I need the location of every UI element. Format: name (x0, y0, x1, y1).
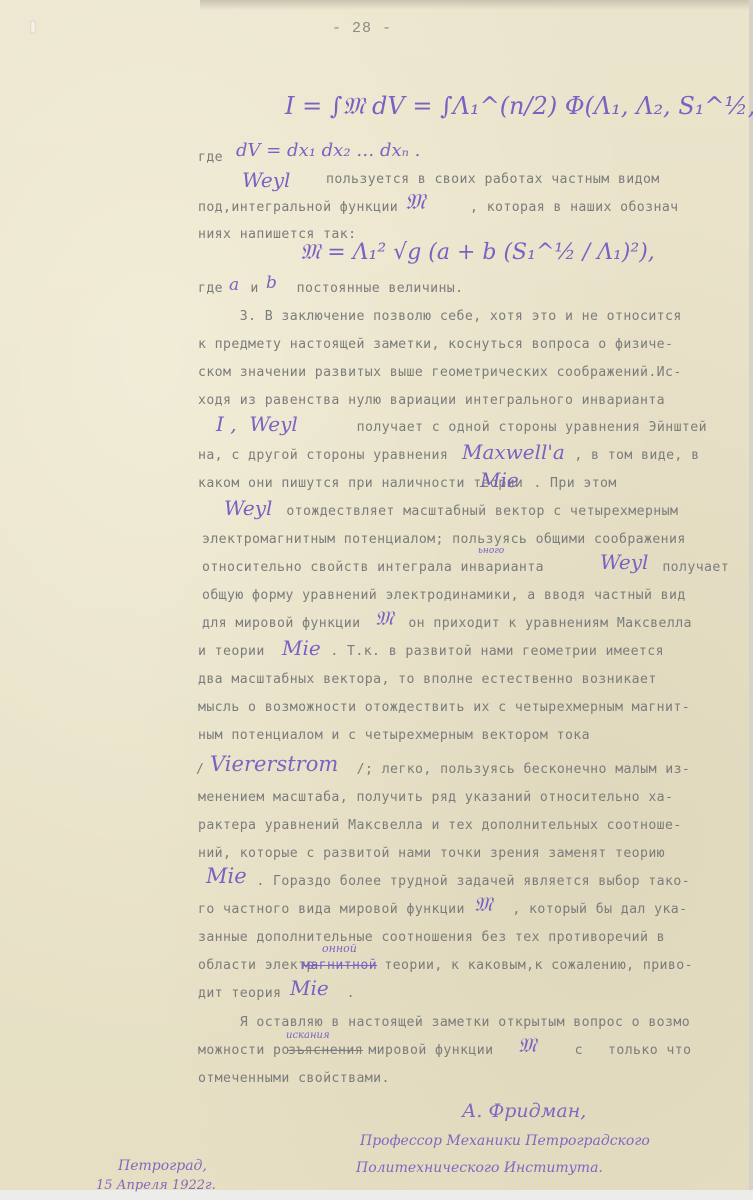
text-line: . При этом (525, 476, 617, 491)
text-line: го частного вида мировой функции (198, 902, 473, 917)
text-line: пользуется в своих работах частным видом (276, 172, 660, 187)
handwritten-i-weyl: I , Weyl (216, 412, 298, 436)
text-line: с только что (558, 1043, 691, 1058)
text-line: . Гораздо более трудной задачей является… (248, 874, 690, 889)
handwritten-weyl: Weyl (224, 496, 272, 520)
handwritten-insertion: ьного (478, 546, 504, 556)
signature-title-line-2: Политехнического Института. (356, 1160, 603, 1176)
text-line: ском значении развитых выше геометрическ… (198, 365, 682, 380)
handwritten-a: a (229, 275, 239, 295)
world-function-formula: 𝔐 = Λ₁² √g (a + b (S₁^½ / Λ₁)²), (300, 240, 655, 265)
dv-formula: dV = dx₁ dx₂ … dxₙ . (236, 140, 420, 161)
handwritten-b: b (266, 273, 277, 293)
text-line: он приходит к уравнениям Максвелла (400, 616, 692, 631)
text-line: на, с другой стороны уравнения (198, 448, 457, 463)
struck-text: зъяснения (288, 1043, 363, 1058)
text-line: и теории (198, 644, 281, 659)
page-edge (749, 0, 753, 1200)
text-line: . (330, 986, 355, 1001)
text-line: области электр (198, 958, 315, 973)
text-line: и (242, 281, 267, 296)
text-line: дит теория (198, 986, 290, 1001)
handwritten-mie: Mie (282, 636, 321, 660)
signature-place: Петроград, (118, 1158, 207, 1174)
text-line: , в том виде, в (566, 448, 699, 463)
handwritten-world-function-symbol: 𝔐 (474, 892, 492, 916)
handwritten-mie: Mie (206, 864, 247, 888)
text-line: . Т.к. в развитой нами геометрии имеется (322, 644, 664, 659)
text-line: Я оставляю в настоящей заметки открытым … (198, 1015, 690, 1030)
document-page: - 28 - I = ∫𝔐 dV = ∫Λ₁^(n/2) Φ(Λ₁, Λ₂, S… (0, 0, 753, 1200)
text-line: /; легко, пользуясь бесконечно малым из- (340, 762, 690, 777)
punch-hole (30, 20, 36, 34)
integral-formula: I = ∫𝔐 dV = ∫Λ₁^(n/2) Φ(Λ₁, Λ₂, S₁^½, S₂… (285, 92, 753, 120)
text-line: электромагнитным потенциалом; пользуясь … (202, 532, 686, 547)
text-line: 3. В заключение позволю себе, хотя это и… (198, 309, 682, 324)
handwritten-world-function-symbol: 𝔐 (405, 190, 425, 215)
signature-title-line-1: Профессор Механики Петроградского (360, 1133, 650, 1149)
dv-prefix: где (198, 150, 223, 165)
text-line: ным потенциалом и с четырехмерным вектор… (198, 728, 590, 743)
handwritten-world-function-symbol: 𝔐 (375, 606, 393, 630)
handwritten-mie: Mie (480, 468, 519, 492)
text-line: можности ро (198, 1043, 290, 1058)
text-line: где (198, 281, 231, 296)
text-line: , которая в наших обознач (445, 200, 679, 215)
text-line: мировой функции (360, 1043, 510, 1058)
handwritten-insertion: онной (322, 942, 357, 955)
text-line: отождествляет масштабный вектор с четыре… (278, 504, 678, 519)
text-line: к предмету настоящей заметки, коснуться … (198, 337, 673, 352)
handwritten-mie: Mie (290, 976, 329, 1000)
handwritten-maxwell: Maxwell'a (462, 440, 565, 464)
signature-name: А. Фридман, (462, 1100, 586, 1122)
text-line: ходя из равенства нулю вариации интеграл… (198, 393, 665, 408)
text-line: постоянные величины. (280, 281, 463, 296)
text-line: под,интегральной функции (198, 200, 407, 215)
text-line: занные дополнительные соотношения без те… (198, 930, 665, 945)
text-line: , который бы дал ука- (504, 902, 687, 917)
page-number: - 28 - (332, 20, 392, 37)
handwritten-weyl: Weyl (600, 550, 648, 574)
text-line: ний, которые с развитой нами точки зрени… (198, 846, 665, 861)
text-line: теории, к каковым,к сожалению, приво- (376, 958, 693, 973)
text-line: для мировой функции (202, 616, 369, 631)
handwritten-viererstrom: Viererstrom (210, 752, 338, 776)
handwritten-world-function-symbol: 𝔐 (518, 1033, 536, 1057)
text-line: рактера уравнений Максвелла и тех дополн… (198, 818, 682, 833)
text-line: общую форму уравнений электродинамики, а… (202, 588, 686, 603)
struck-text: магнитной (302, 958, 377, 973)
handwritten-insertion: искания (286, 1030, 330, 1041)
text-line: отмеченными свойствами. (198, 1071, 390, 1086)
text-line: мысль о возможности отождествить их с че… (198, 700, 690, 715)
text-line: менением масштаба, получить ряд указаний… (198, 790, 673, 805)
signature-date: 15 Апреля 1922г. (96, 1178, 216, 1193)
paper-fold-shadow (200, 0, 753, 10)
text-line: два масштабных вектора, то вполне естест… (198, 672, 657, 687)
text-line: относительно свойств интеграла инвариант… (202, 560, 561, 575)
text-line: получает с одной стороны уравнения Эйншт… (340, 420, 707, 435)
text-line: получает (654, 560, 729, 575)
